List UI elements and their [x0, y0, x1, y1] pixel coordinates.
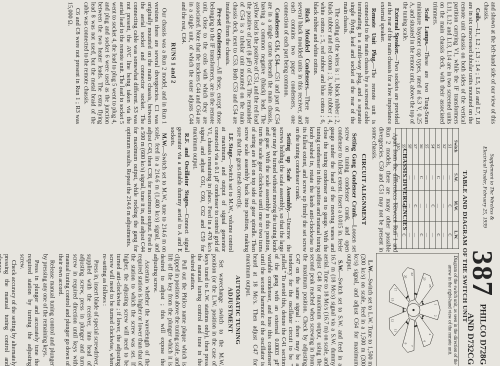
body-paragraph: Setting up Scale Assembly.—Unscrew the s… [236, 127, 293, 252]
table-row: S6C—C [419, 128, 425, 249]
table-row: S7—C— [413, 128, 419, 249]
switch-label-cell: S6 [419, 128, 425, 164]
contact-state-cell: — [447, 164, 453, 190]
contact-number: 23 [422, 277, 426, 281]
body-paragraph: Press in plunger and accurately tune the… [19, 254, 40, 366]
body-paragraph: L.W.—Switch set to L.W. Tune to 1,500 m … [346, 254, 374, 366]
diagram-caption: Diagram of the switch unit, as seen in t… [447, 254, 459, 366]
switch-diagram-box: Diagram of the switch unit, as seen in t… [376, 253, 459, 366]
switch-label-cell: S5 [424, 128, 430, 164]
contact-state-cell: — [442, 221, 448, 249]
body-paragraph: Remote Unit Plug.—The remote unit is con… [342, 2, 377, 124]
body-paragraph: Apart from the differences between Run 1… [371, 127, 399, 252]
table-row: S1—CC [447, 128, 453, 249]
body-paragraph: Scale Lamps.—These are two Tung-Sram min… [402, 2, 430, 124]
table-header-cell: Switch [453, 128, 459, 164]
text-column-3: L.W.—Switch set to L.W. Tune to 1,500 m … [2, 254, 374, 366]
contact-state-cell: — [442, 164, 448, 190]
crosshead: RUNS 1 and 2 [170, 2, 177, 124]
switch-label-cell: S1 [447, 128, 453, 164]
model-title-line-1: PHILCO D728G [477, 300, 489, 365]
contact-state-cell: — [442, 191, 448, 221]
body-paragraph: Setting Gang Condenser Crank.—Loosen set… [294, 127, 358, 252]
supplement-masthead: Supplement to The Wireless & Electrical … [481, 127, 495, 247]
contact-dot [406, 321, 408, 323]
crosshead: CIRCUIT ALIGNMENT [360, 127, 367, 252]
contact-state-cell: — [419, 191, 425, 221]
switch-section-heading: TABLE AND DIAGRAM OF THE SWITCH UNIT [461, 127, 469, 366]
contact-state-cell: — [424, 221, 430, 249]
contact-state-cell: C [413, 191, 419, 221]
contact-state-cell: — [413, 221, 419, 249]
table-row: S4—C— [430, 128, 436, 249]
switch-unit-diagram: 1246791112151720222325 [382, 255, 447, 365]
body-paragraph: Ascertain whether the wavelength of the … [102, 254, 152, 366]
switch-label-cell: S7 [413, 128, 419, 164]
contact-state-cell: C [447, 221, 453, 249]
contact-dot [414, 325, 416, 327]
contact-dot [403, 308, 405, 310]
contact-state-cell: — [430, 164, 436, 190]
table-row: S5——— [424, 128, 430, 249]
contact-number: 12 [390, 319, 394, 323]
body-paragraph: and shown at the left-hand side of our v… [483, 2, 497, 124]
body-paragraph: S.W.—Switch set to S.W. and feed in a 16… [245, 254, 344, 366]
body-paragraph: Check accuracy of the setting by alterna… [0, 254, 18, 366]
body-paragraph: Press in, insert blade of special screwd… [58, 254, 100, 366]
scanned-service-sheet: Supplement to The Wireless & Electrical … [0, 0, 500, 366]
contact-number: 17 [393, 288, 397, 292]
supplement-line-2: Electrical Trader, February 25, 1939 [481, 127, 488, 247]
body-paragraph: Pre-set Condensers.—All these, except th… [181, 2, 223, 124]
contact-state-cell: — [424, 164, 430, 190]
body-paragraph: Our chassis was a Run 2 model, and in Ru… [83, 2, 168, 124]
contact-dot [422, 303, 424, 305]
contact-dot [421, 317, 423, 319]
crosshead: CHASSIS DIVERGENCIES [401, 127, 408, 252]
switch-label-cell: S4 [430, 128, 436, 164]
body-paragraph: Release manual tuning control and plunge… [42, 254, 56, 366]
table-header-cell: M.W. [453, 191, 459, 221]
text-column-1: and shown at the left-hand side of our v… [3, 2, 497, 124]
contact-number: 11 [393, 329, 397, 333]
contact-state-cell: C [430, 191, 436, 221]
sheet-number: 387 [468, 247, 497, 300]
switch-label-cell: S2 [442, 128, 448, 164]
crosshead: AUTOMATIC TUNING ADJUSTMENT [227, 254, 242, 366]
contact-state-cell: C [436, 164, 442, 190]
contact-number: 22 [410, 272, 414, 276]
contact-state-cell: C [419, 164, 425, 190]
body-paragraph: I.F. Stage.—Switch set to M.W., volume c… [192, 127, 234, 252]
body-paragraph: The coding of the wires is : 1, black ru… [313, 2, 341, 124]
body-paragraph: R.F. and Oscillator Stages.—Connect sign… [169, 127, 190, 252]
spindle-centre [412, 309, 414, 311]
contact-state-cell: — [424, 191, 430, 221]
supplement-line-1: Supplement to The Wireless & [488, 127, 495, 247]
contact-number: 25 [428, 284, 432, 288]
body-paragraph: External Speaker.—Two sockets are provid… [379, 2, 400, 124]
body-paragraph: Coils.—L1, L2 ; L3 ; L4 ; L5, L6 and L7,… [432, 2, 482, 124]
contact-number: 20 [403, 275, 407, 279]
body-paragraph: Condensers C51, C54.—C51 and part of C54… [225, 2, 282, 124]
table-row: S2——— [442, 128, 448, 249]
contact-dot [421, 301, 423, 303]
contact-dot [416, 293, 418, 295]
body-paragraph: M.W.—Switch set to M.W., tune to 214.6 m… [125, 127, 167, 252]
rotated-page: Supplement to The Wireless & Electrical … [0, 0, 500, 366]
contact-dot [407, 296, 409, 298]
contact-state-cell: C [436, 221, 442, 249]
contact-number: 15 [390, 298, 394, 302]
table-header-cell: S.W. [453, 164, 459, 190]
body-paragraph: Black Moulded Condensers.—There are seve… [283, 2, 311, 124]
contact-state-cell: C [419, 221, 425, 249]
contact-state-cell: — [413, 164, 419, 190]
body-paragraph: Pull out the Philco name plaque which is… [153, 254, 188, 366]
contact-dot [422, 315, 424, 317]
text-column-2: CHASSIS DIVERGENCIESApart from the diffe… [2, 127, 412, 252]
switch-label-cell: S3 [436, 128, 442, 164]
contact-state-cell: — [430, 221, 436, 249]
contact-dot [403, 310, 405, 312]
body-paragraph: C6 and C8 were not present in Run 1 ; R3… [67, 2, 81, 124]
contact-state-cell: C [447, 191, 453, 221]
table-header-cell: L.W. [453, 221, 459, 249]
contact-state-cell: — [436, 191, 442, 221]
body-paragraph: Set wavechange switch to the M.W. positi… [189, 254, 224, 366]
table-row: S3C—C [436, 128, 442, 249]
